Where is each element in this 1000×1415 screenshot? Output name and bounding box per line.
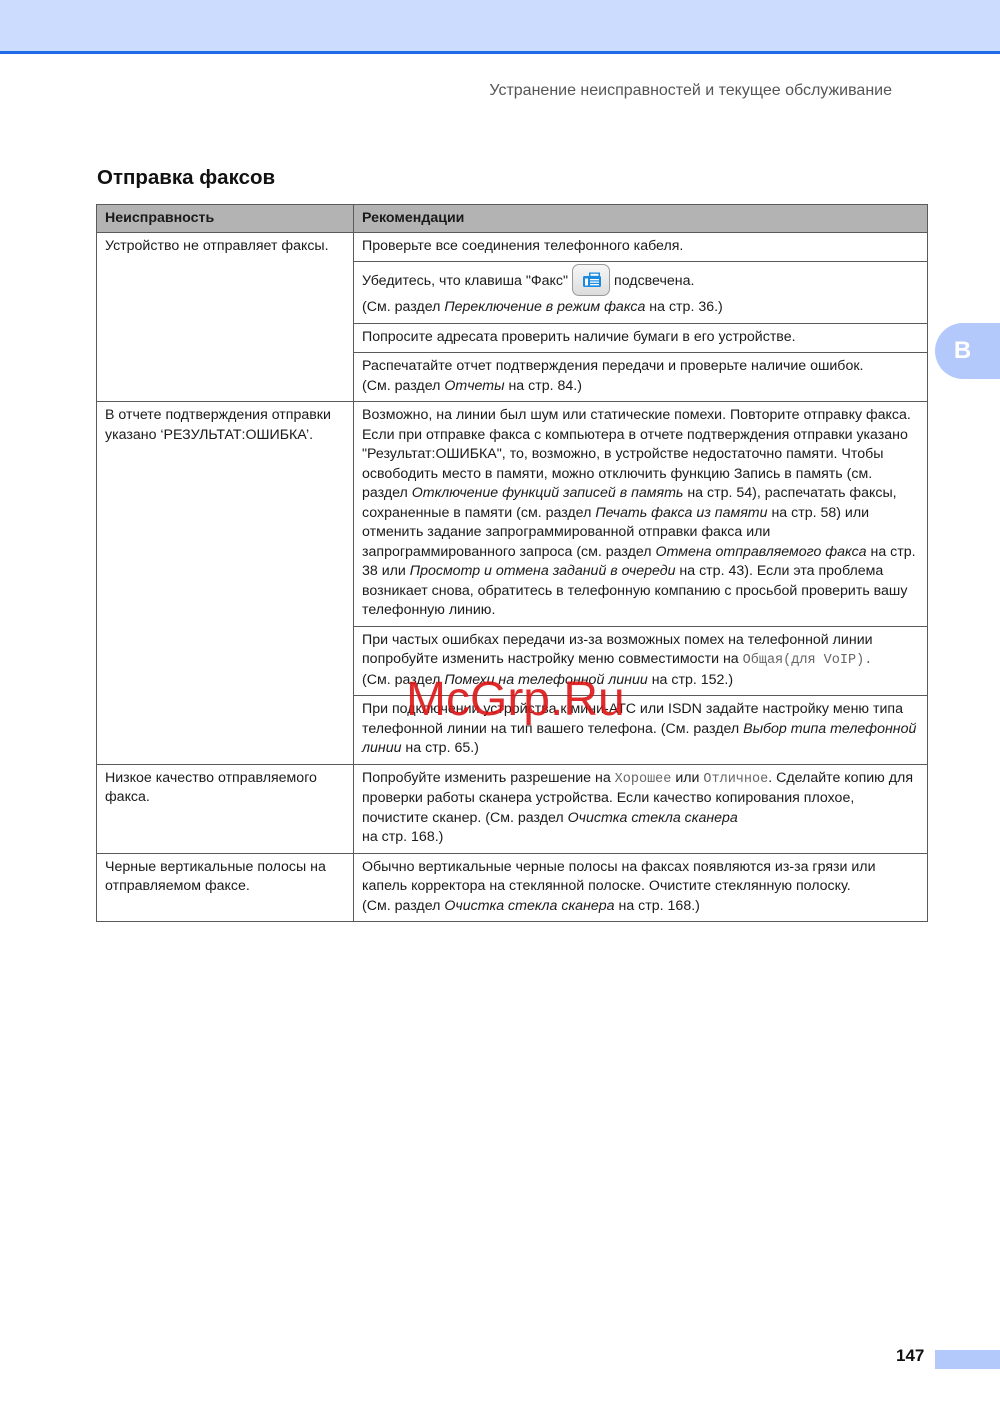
fax-key-icon — [572, 264, 610, 296]
recommendation-cell: Распечатайте отчет подтверждения передач… — [354, 353, 928, 402]
reference-prefix: (См. раздел — [362, 378, 444, 394]
reference-suffix: на стр. 36.) — [645, 299, 722, 315]
problem-cell: Низкое качество отправляемого факса. — [97, 764, 354, 853]
problem-cell: В отчете подтверждения отправки указано … — [97, 402, 354, 765]
cross-reference: Отмена отправляемого факса — [656, 544, 867, 560]
recommendation-text: Обычно вертикальные черные полосы на фак… — [362, 858, 919, 897]
recommendation-text: Распечатайте отчет подтверждения передач… — [362, 357, 919, 377]
table-header-row: Неисправность Рекомендации — [97, 205, 928, 233]
cross-reference: Переключение в режим факса — [444, 299, 645, 315]
recommendation-text: подсвечена. — [614, 273, 694, 289]
table-row: Черные вертикальные полосы на отправляем… — [97, 853, 928, 922]
recommendation-text: Проверьте все соединения телефонного каб… — [362, 238, 683, 254]
setting-value: Общая(для VoIP) — [743, 653, 865, 668]
recommendation-cell: При частых ошибках передачи из-за возмож… — [354, 626, 928, 696]
recommendation-cell: При подключении устройства к мини-АТС ил… — [354, 696, 928, 765]
recommendation-text: Убедитесь, что клавиша "Факс" — [362, 273, 568, 289]
problem-cell: Черные вертикальные полосы на отправляем… — [97, 853, 354, 922]
column-header-problem: Неисправность — [97, 205, 354, 233]
chapter-tab: B — [935, 323, 1000, 379]
recommendation-text: или — [671, 770, 703, 786]
reference-suffix: на стр. 168.) — [362, 829, 443, 845]
table-row: Низкое качество отправляемого факса. Поп… — [97, 764, 928, 853]
cross-reference: Печать факса из памяти — [595, 505, 767, 521]
reference-prefix: (См. раздел — [362, 898, 444, 914]
recommendation-cell: Возможно, на линии был шум или статическ… — [354, 402, 928, 627]
recommendation-text: . — [864, 653, 872, 668]
column-header-recommendations: Рекомендации — [354, 205, 928, 233]
recommendation-text: Попросите адресата проверить наличие бум… — [362, 329, 796, 345]
recommendation-cell: Убедитесь, что клавиша "Факс"подсвечена.… — [354, 262, 928, 324]
section-title: Отправка факсов — [97, 166, 275, 190]
reference-prefix: (См. раздел — [362, 299, 444, 315]
reference-suffix: на стр. 84.) — [505, 378, 582, 394]
table-row: Устройство не отправляет факсы. Проверьт… — [97, 232, 928, 262]
header-band — [0, 0, 1000, 54]
setting-value: Отличное — [703, 772, 768, 787]
cross-reference: Помехи на телефонной линии — [444, 672, 647, 688]
page-number: 147 — [896, 1346, 924, 1366]
recommendation-text: Попробуйте изменить разрешение на — [362, 770, 615, 786]
problem-cell: Устройство не отправляет факсы. — [97, 232, 354, 402]
reference-suffix: на стр. 168.) — [615, 898, 700, 914]
setting-value: Хорошее — [615, 772, 672, 787]
reference-suffix: на стр. 152.) — [648, 672, 733, 688]
cross-reference: Отчеты — [444, 378, 504, 394]
running-header: Устранение неисправностей и текущее обсл… — [489, 82, 892, 100]
reference-prefix: (См. раздел — [362, 672, 444, 688]
cross-reference: Отключение функций записей в память — [412, 485, 684, 501]
reference-suffix: на стр. 65.) — [401, 740, 478, 756]
recommendation-cell: Проверьте все соединения телефонного каб… — [354, 232, 928, 262]
troubleshooting-table: Неисправность Рекомендации Устройство не… — [96, 204, 928, 922]
table-row: В отчете подтверждения отправки указано … — [97, 402, 928, 627]
cross-reference: Очистка стекла сканера — [444, 898, 614, 914]
cross-reference: Просмотр и отмена заданий в очереди — [410, 563, 676, 579]
recommendation-cell: Попробуйте изменить разрешение на Хороше… — [354, 764, 928, 853]
chapter-tab-letter: B — [954, 337, 971, 365]
recommendation-cell: Обычно вертикальные черные полосы на фак… — [354, 853, 928, 922]
page-number-bar — [935, 1350, 1000, 1369]
recommendation-cell: Попросите адресата проверить наличие бум… — [354, 323, 928, 353]
cross-reference: Очистка стекла сканера — [568, 810, 738, 826]
